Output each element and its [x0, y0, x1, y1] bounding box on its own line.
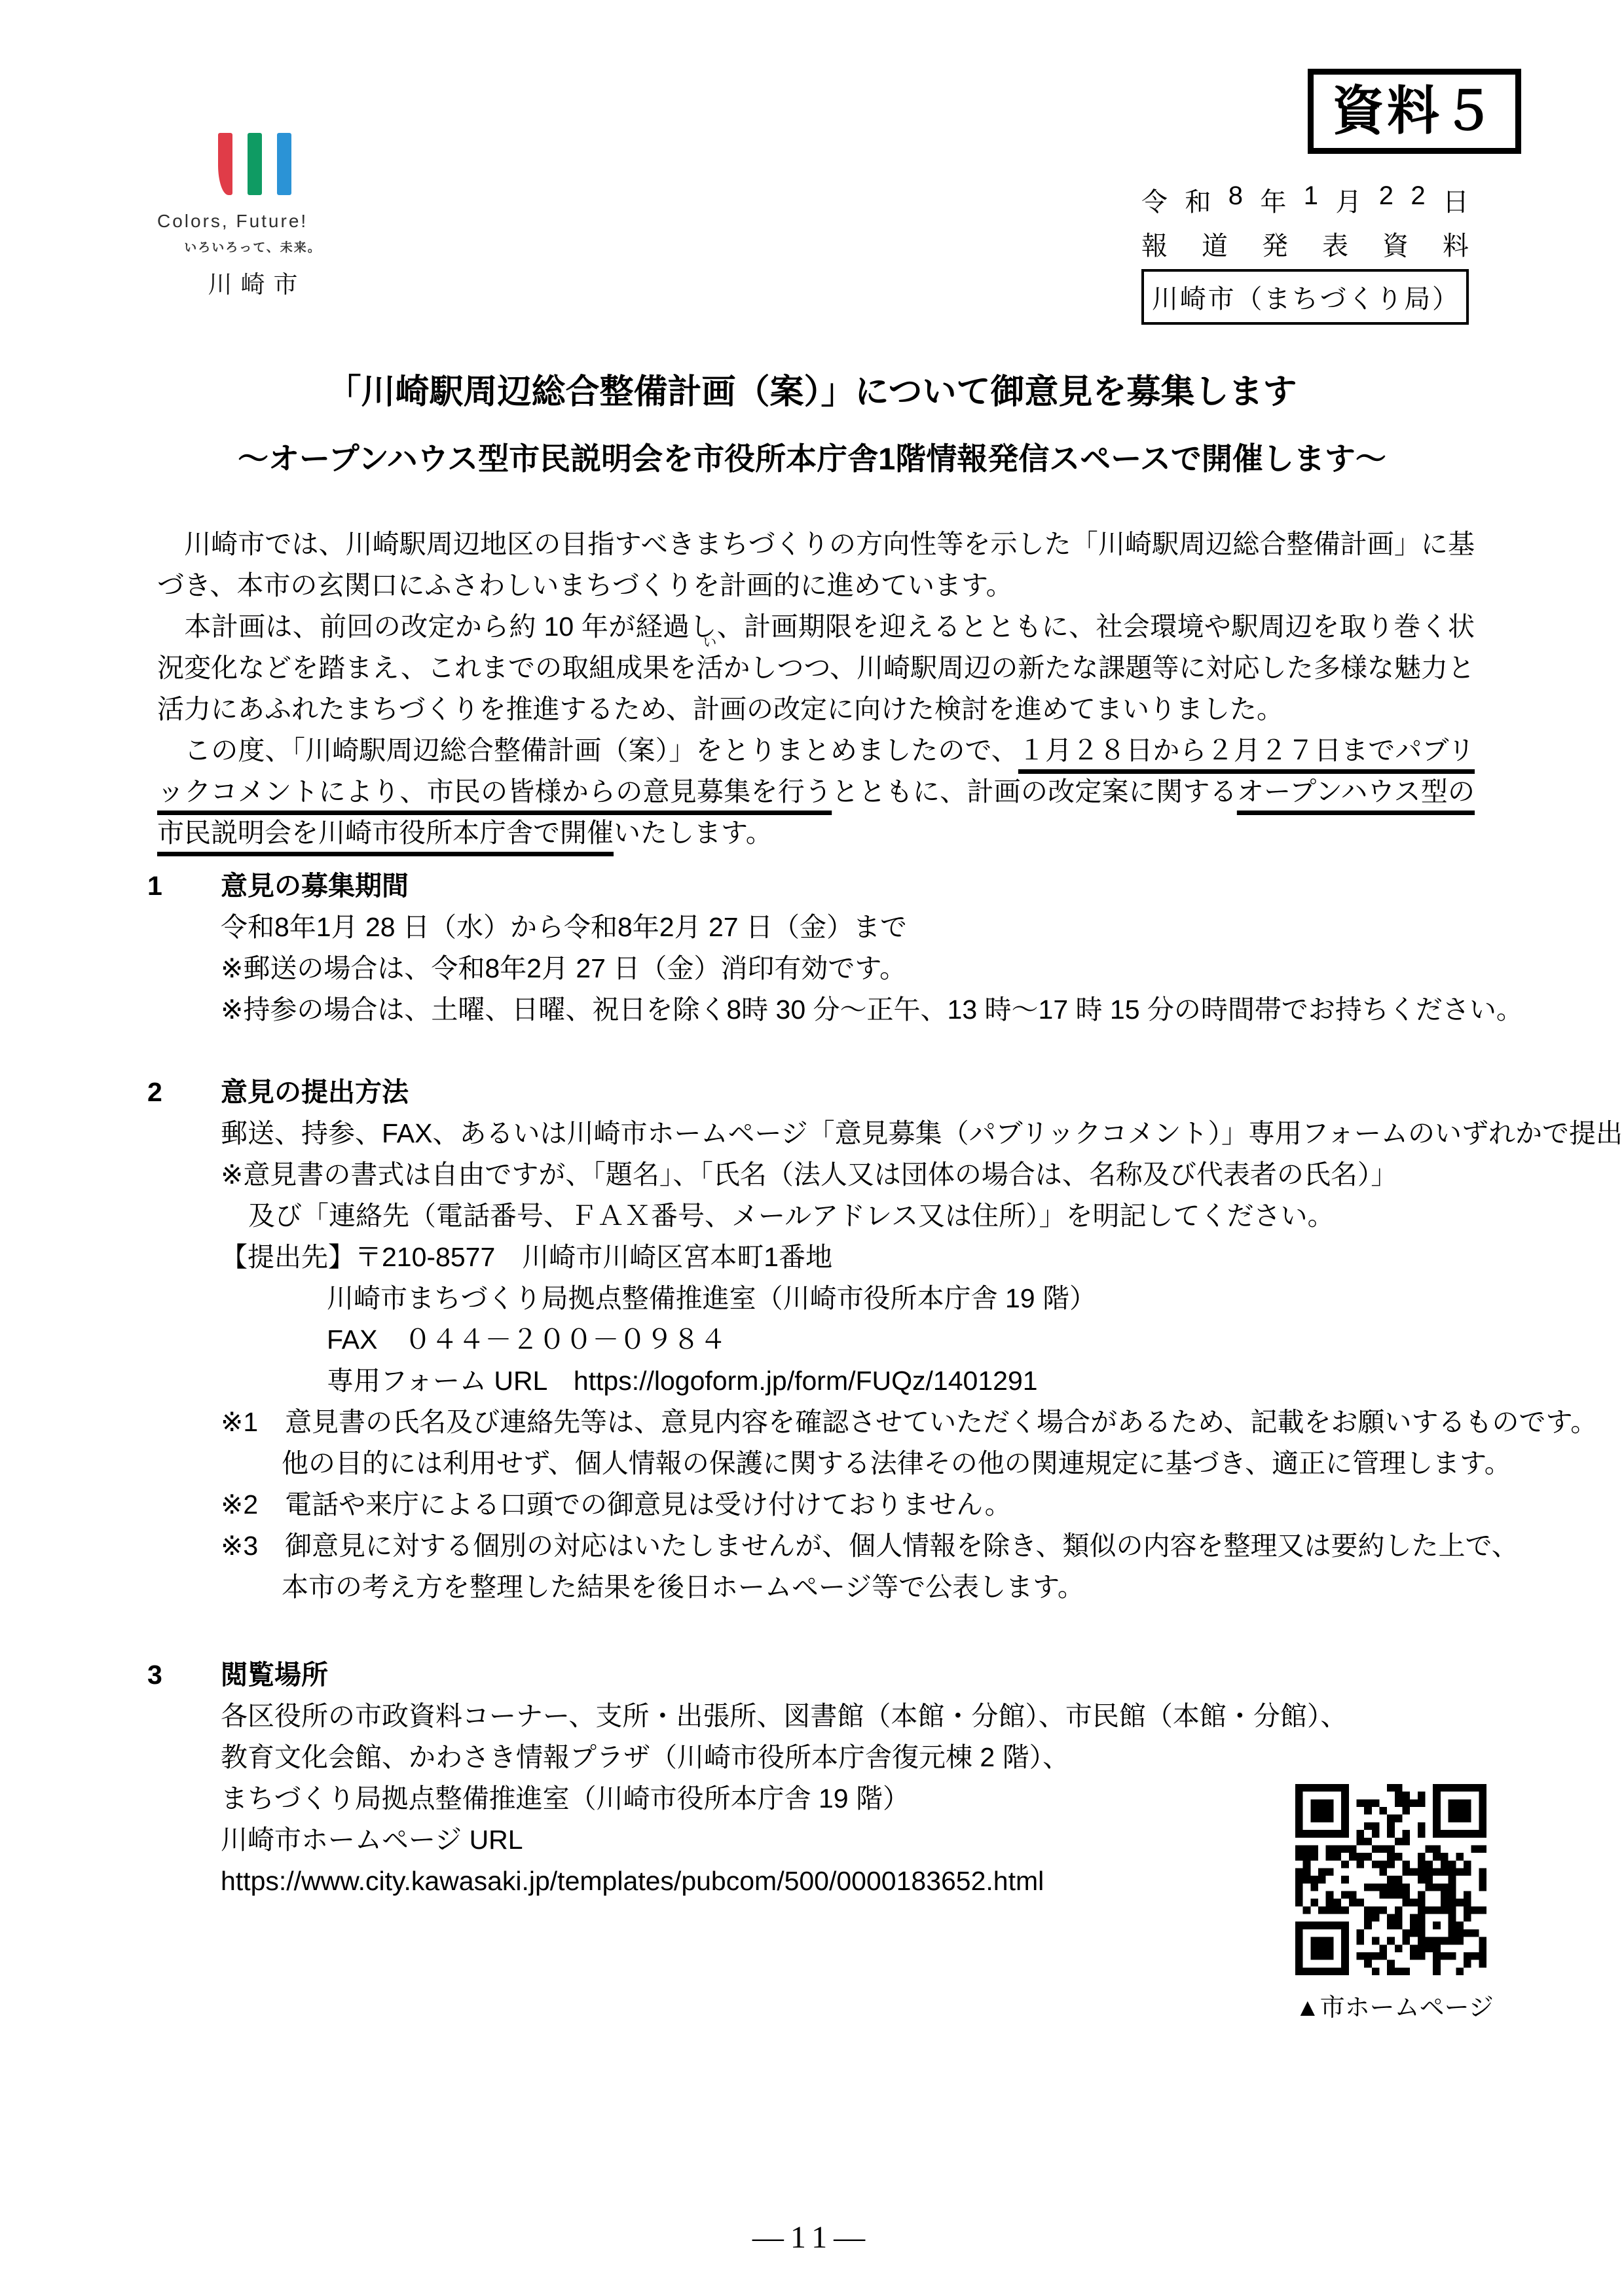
submission-office-line: 川崎市まちづくり局拠点整備推進室（川崎市役所本庁舎 19 階）: [157, 1278, 1475, 1319]
section-collection-period: 1意見の募集期間 令和8年1月 28 日（水）から令和8年2月 27 日（金）ま…: [157, 866, 1475, 1030]
section-line: 教育文化会館、かわさき情報プラザ（川崎市役所本庁舎復元棟 2 階）、: [157, 1737, 1475, 1778]
paragraph-text: この度、「川崎駅周辺総合整備計画（案）」をとりまとめましたので、: [157, 735, 1018, 765]
note-1-line: ※1 意見書の氏名及び連絡先等は、意見内容を確認させていただく場合があるため、記…: [157, 1402, 1475, 1443]
press-release-page: Colors, Future! いろいろって、未来。 川崎市 資料５ 令和8年1…: [0, 0, 1624, 2296]
section-line: ※意見書の書式は自由ですが、「題名」、「氏名（法人又は団体の場合は、名称及び代表…: [157, 1154, 1475, 1195]
ruby-text: い: [703, 636, 716, 649]
section-submission-method: 2意見の提出方法 郵送、持参、FAX、あるいは川崎市ホームページ「意見募集（パブ…: [157, 1072, 1475, 1608]
section-title: 閲覧場所: [221, 1660, 328, 1690]
department-box: 川崎市（まちづくり局）: [1141, 269, 1469, 325]
logo-mark-icon: [218, 133, 348, 195]
qr-block: ▲市ホームページ: [1295, 1784, 1486, 2023]
fax-number-line: FAX ０４４－２００－０９８４: [157, 1319, 1475, 1360]
kawasaki-city-logo: Colors, Future! いろいろって、未来。 川崎市: [157, 133, 348, 300]
section-title: 意見の提出方法: [221, 1077, 409, 1107]
logo-bar-green-icon: [248, 133, 262, 195]
note-1-continued-line: 他の目的には利用せず、個人情報の保護に関する法律その他の関連規定に基づき、適正に…: [157, 1443, 1475, 1484]
section-line: 各区役所の市政資料コーナー、支所・出張所、図書館（本館・分館）、市民館（本館・分…: [157, 1696, 1475, 1737]
ruby-base: 活: [696, 653, 723, 683]
note-3-continued-line: 本市の考え方を整理した結果を後日ホームページ等で公表します。: [157, 1567, 1475, 1608]
page-number: —11—: [0, 2219, 1624, 2255]
page-subtitle: ～オープンハウス型市民説明会を市役所本庁舎1階情報発信スペースで開催します～: [0, 435, 1624, 479]
section-line: ※持参の場合は、土曜、日曜、祝日を除く8時 30 分～正午、13 時～17 時 …: [157, 989, 1475, 1030]
header-right-block: 令和8年1月22日 報道発表資料 川崎市（まちづくり局）: [1141, 181, 1469, 325]
section-line: 郵送、持参、FAX、あるいは川崎市ホームページ「意見募集（パブリックコメント）」…: [157, 1113, 1475, 1154]
intro-paragraph-2: 本計画は、前回の改定から約 10 年が経過し、計画期限を迎えるとともに、社会環境…: [157, 606, 1475, 730]
qr-code: [1295, 1784, 1486, 1975]
section-2-heading: 2意見の提出方法: [147, 1072, 1475, 1113]
press-release-date: 令和8年1月22日: [1141, 181, 1469, 211]
section-1-heading: 1意見の募集期間: [147, 866, 1475, 907]
logo-bar-red-icon: [218, 133, 232, 195]
ruby-annotation: 活い: [696, 653, 723, 683]
section-3-heading: 3閲覧場所: [147, 1654, 1475, 1696]
doc-type-label: 報道発表資料: [1141, 225, 1469, 255]
section-line: ※郵送の場合は、令和8年2月 27 日（金）消印有効です。: [157, 948, 1475, 989]
paragraph-text: いたします。: [614, 818, 773, 848]
logo-tagline: いろいろって、未来。: [157, 238, 348, 255]
paragraph-text: とともに、計画の改定案に関する: [832, 776, 1237, 807]
intro-paragraph-3: この度、「川崎駅周辺総合整備計画（案）」をとりまとめましたので、１月２８日から２…: [157, 730, 1475, 854]
section-viewing-locations: 3閲覧場所 各区役所の市政資料コーナー、支所・出張所、図書館（本館・分館）、市民…: [157, 1654, 1475, 1902]
form-url-line: 専用フォーム URL https://logoform.jp/form/FUQz…: [157, 1360, 1475, 1402]
section-number: 1: [147, 866, 221, 907]
intro-paragraph-1: 川崎市では、川崎駅周辺地区の目指すべきまちづくりの方向性等を示した「川崎駅周辺総…: [157, 524, 1475, 606]
homepage-url-label: 川崎市ホームページ URL: [157, 1819, 1475, 1861]
logo-city-name: 川崎市: [157, 264, 348, 300]
section-title: 意見の募集期間: [221, 871, 409, 901]
section-number: 3: [147, 1654, 221, 1696]
submission-address-line: 【提出先】〒210-8577 川崎市川崎区宮本町1番地: [157, 1237, 1475, 1278]
page-title: 「川崎駅周辺総合整備計画（案）」について御意見を募集します: [0, 364, 1624, 413]
section-number: 2: [147, 1072, 221, 1113]
qr-caption: ▲市ホームページ: [1295, 1987, 1486, 2023]
material-number-badge: 資料５: [1308, 69, 1521, 154]
logo-brand-text: Colors, Future!: [157, 211, 348, 232]
section-line: まちづくり局拠点整備推進室（川崎市役所本庁舎 19 階）: [157, 1778, 1475, 1819]
section-line: 令和8年1月 28 日（水）から令和8年2月 27 日（金）まで: [157, 907, 1475, 948]
homepage-url-line: https://www.city.kawasaki.jp/templates/p…: [157, 1861, 1475, 1902]
document-body: 川崎市では、川崎駅周辺地区の目指すべきまちづくりの方向性等を示した「川崎駅周辺総…: [157, 524, 1475, 1902]
note-3-line: ※3 御意見に対する個別の対応はいたしませんが、個人情報を除き、類似の内容を整理…: [157, 1525, 1475, 1567]
logo-bar-blue-icon: [277, 133, 291, 195]
note-2-line: ※2 電話や来庁による口頭での御意見は受け付けておりません。: [157, 1484, 1475, 1525]
section-line: 及び「連絡先（電話番号、ＦＡＸ番号、メールアドレス又は住所）」を明記してください…: [157, 1195, 1475, 1237]
